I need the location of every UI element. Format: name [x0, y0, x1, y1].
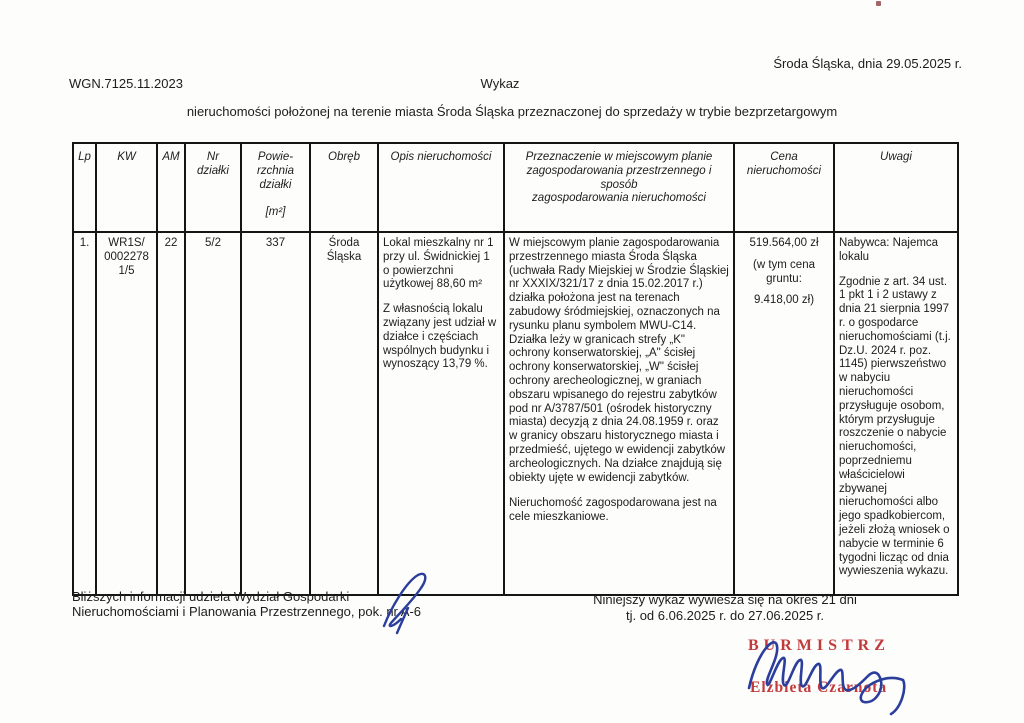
- cell-am: 22: [157, 232, 185, 595]
- table-header-row: Lp KW AM Nr działki Powie- rzchnia dział…: [73, 143, 958, 232]
- footer-contact-line-1: Bliższych informacji udziela Wydział Gos…: [72, 589, 421, 604]
- opis-paragraph-1: Lokal mieszkalny nr 1 przy ul. Świdnicki…: [383, 237, 499, 292]
- initials-scribble-icon: [370, 570, 442, 636]
- cell-powierzchnia: 337: [241, 232, 310, 595]
- col-header-opis: Opis nieruchomości: [378, 143, 504, 232]
- uwagi-paragraph-1: Nabywca: Najemca lokalu: [839, 237, 953, 265]
- col-header-powierzchnia: Powie- rzchnia działki [m²]: [241, 143, 310, 232]
- col-header-obreb: Obręb: [310, 143, 378, 232]
- footer-contact-info: Bliższych informacji udziela Wydział Gos…: [72, 589, 421, 620]
- scan-artifact-dot: [876, 1, 881, 6]
- col-header-nr-dzialki: Nr działki: [185, 143, 241, 232]
- footer-notice-line-2: tj. od 6.06.2025 r. do 27.06.2025 r.: [560, 608, 890, 624]
- cell-uwagi: Nabywca: Najemca lokalu Zgodnie z art. 3…: [834, 232, 958, 595]
- cell-cena: 519.564,00 zł (w tym cena gruntu: 9.418,…: [734, 232, 834, 595]
- document-page: Środa Śląska, dnia 29.05.2025 r. WGN.712…: [0, 0, 1024, 723]
- signature-scribble-icon: [735, 632, 935, 720]
- cell-kw: WR1S/ 0002278 1/5: [96, 232, 157, 595]
- col-header-am: AM: [157, 143, 185, 232]
- cell-przeznaczenie: W miejscowym planie zagospodarowania prz…: [504, 232, 734, 595]
- przeznaczenie-paragraph-2: Nieruchomość zagospodarowana jest na cel…: [509, 497, 729, 525]
- col-header-cena: Cena nieruchomości: [734, 143, 834, 232]
- col-header-uwagi: Uwagi: [834, 143, 958, 232]
- col-header-kw: KW: [96, 143, 157, 232]
- footer-notice-line-1: Niniejszy wykaz wywiesza się na okres 21…: [560, 592, 890, 608]
- col-header-lp: Lp: [73, 143, 96, 232]
- col-header-przeznaczenie: Przeznaczenie w miejscowym planie zagosp…: [504, 143, 734, 232]
- document-title: Wykaz: [0, 76, 1000, 91]
- date-line: Środa Śląska, dnia 29.05.2025 r.: [773, 56, 962, 71]
- cell-nr-dzialki: 5/2: [185, 232, 241, 595]
- przeznaczenie-paragraph-1: W miejscowym planie zagospodarowania prz…: [509, 237, 729, 485]
- cena-grunt: 9.418,00 zł): [739, 294, 829, 308]
- cena-total: 519.564,00 zł: [739, 237, 829, 251]
- footer-posting-notice: Niniejszy wykaz wywiesza się na okres 21…: [560, 592, 890, 624]
- cell-opis: Lokal mieszkalny nr 1 przy ul. Świdnicki…: [378, 232, 504, 595]
- cell-lp: 1.: [73, 232, 96, 595]
- table-row: 1. WR1S/ 0002278 1/5 22 5/2 337 Środa Śl…: [73, 232, 958, 595]
- footer-contact-line-2: Nieruchomościami i Planowania Przestrzen…: [72, 604, 421, 619]
- document-subtitle: nieruchomości położonej na terenie miast…: [0, 104, 1024, 119]
- cell-obreb: Środa Śląska: [310, 232, 378, 595]
- property-listing-table: Lp KW AM Nr działki Powie- rzchnia dział…: [72, 142, 959, 596]
- uwagi-paragraph-2: Zgodnie z art. 34 ust. 1 pkt 1 i 2 ustaw…: [839, 276, 953, 580]
- opis-paragraph-2: Z własnością lokalu związany jest udział…: [383, 303, 499, 372]
- cena-note: (w tym cena gruntu:: [739, 259, 829, 287]
